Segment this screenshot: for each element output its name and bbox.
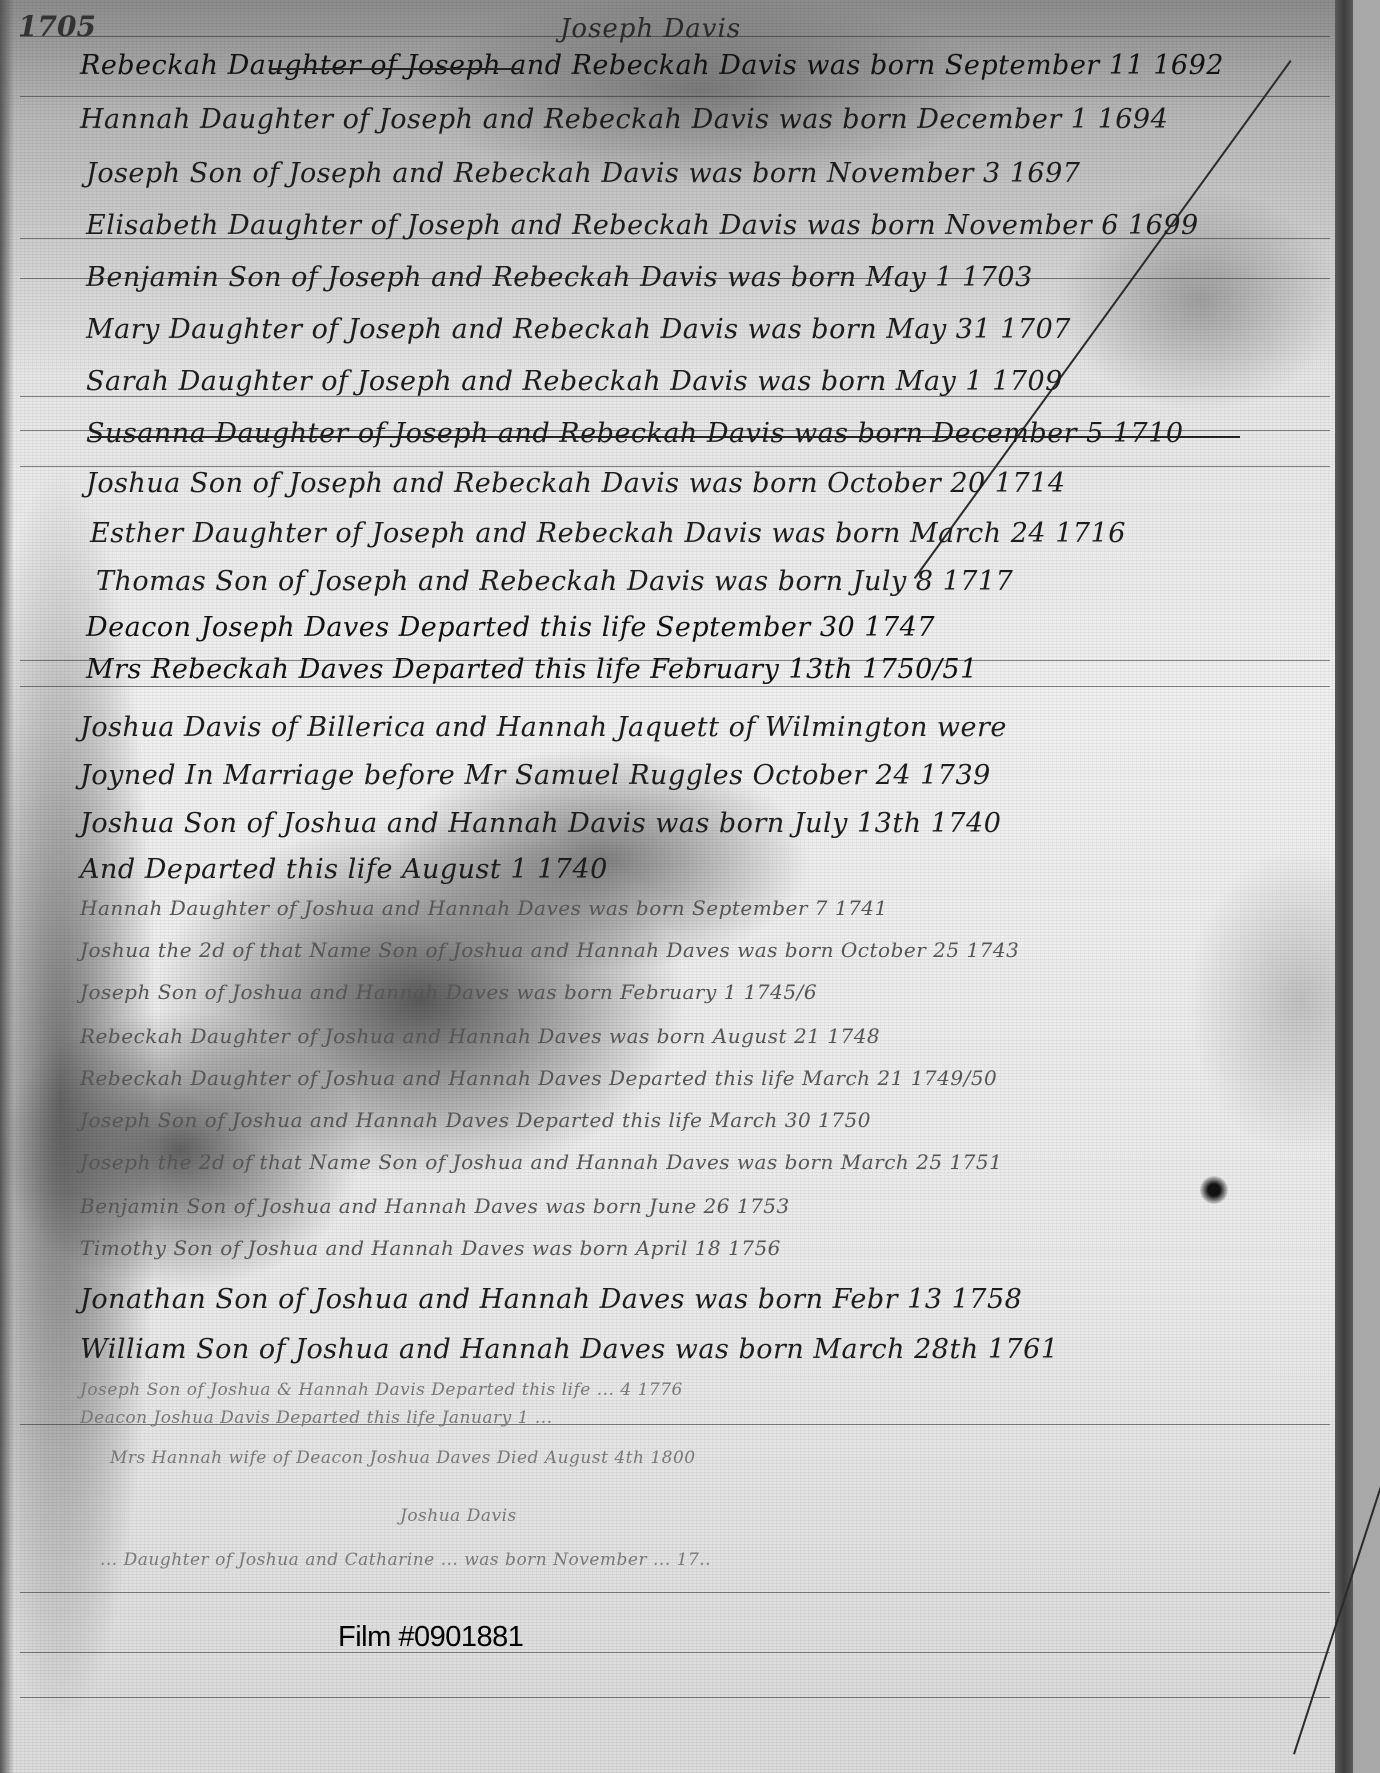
register-entry: Timothy Son of Joshua and Hannah Daves w… bbox=[80, 1236, 781, 1260]
register-entry: Benjamin Son of Joseph and Rebeckah Davi… bbox=[86, 262, 1033, 293]
register-entry: Rebeckah Daughter of Joshua and Hannah D… bbox=[80, 1024, 880, 1048]
page-binding-gutter bbox=[1335, 0, 1353, 1773]
ink-blot bbox=[1200, 1176, 1228, 1204]
register-entry: Joshua Son of Joseph and Rebeckah Davis … bbox=[86, 468, 1066, 499]
ruled-line bbox=[20, 466, 1330, 467]
register-entry: Rebeckah Daughter of Joshua and Hannah D… bbox=[80, 1066, 997, 1090]
register-entry: Joshua the 2d of that Name Son of Joshua… bbox=[80, 938, 1019, 962]
register-entry: Elisabeth Daughter of Joseph and Rebecka… bbox=[86, 210, 1199, 241]
ruled-line bbox=[20, 1697, 1330, 1698]
register-entry: Thomas Son of Joseph and Rebeckah Davis … bbox=[96, 566, 1013, 597]
page-left-edge-shadow bbox=[0, 0, 14, 1773]
register-entry: Esther Daughter of Joseph and Rebeckah D… bbox=[90, 518, 1126, 549]
ruled-line bbox=[20, 1652, 1330, 1653]
strike-through bbox=[90, 436, 1240, 438]
register-entry: Mrs Hannah wife of Deacon Joshua Daves D… bbox=[110, 1448, 696, 1468]
adjacent-page-edge bbox=[1353, 0, 1380, 1773]
register-entry: Jonathan Son of Joshua and Hannah Daves … bbox=[80, 1284, 1022, 1315]
ruled-line bbox=[20, 686, 1330, 687]
register-entry: Hannah Daughter of Joshua and Hannah Dav… bbox=[80, 896, 888, 920]
register-entry: ... Daughter of Joshua and Catharine ...… bbox=[100, 1550, 711, 1570]
strike-through bbox=[270, 68, 520, 70]
register-entry: Deacon Joshua Davis Departed this life J… bbox=[80, 1408, 553, 1428]
register-entry: Rebeckah Daughter of Joseph and Rebeckah… bbox=[80, 50, 1224, 81]
register-entry: Hannah Daughter of Joseph and Rebeckah D… bbox=[80, 104, 1168, 135]
register-entry: Mrs Rebeckah Daves Departed this life Fe… bbox=[86, 654, 978, 685]
register-entry: Benjamin Son of Joshua and Hannah Daves … bbox=[80, 1194, 790, 1218]
register-entry: Deacon Joseph Daves Departed this life S… bbox=[86, 612, 935, 643]
register-entry: Joseph Son of Joseph and Rebeckah Davis … bbox=[86, 158, 1080, 189]
register-entry: Joshua Davis bbox=[400, 1506, 517, 1526]
register-entry: Joseph the 2d of that Name Son of Joshua… bbox=[80, 1150, 1002, 1174]
register-entry: Joshua Son of Joshua and Hannah Davis wa… bbox=[80, 808, 1001, 839]
ruled-line bbox=[20, 96, 1330, 97]
register-entry: Joseph Son of Joshua and Hannah Daves wa… bbox=[80, 980, 817, 1004]
register-entry: Susanna Daughter of Joseph and Rebeckah … bbox=[86, 418, 1184, 449]
register-entry: Mary Daughter of Joseph and Rebeckah Dav… bbox=[86, 314, 1071, 345]
page-number: 1705 bbox=[18, 10, 96, 43]
ruled-line bbox=[20, 1592, 1330, 1593]
register-entry: Joshua Davis of Billerica and Hannah Jaq… bbox=[80, 712, 1007, 743]
register-entry: Joseph Son of Joshua and Hannah Daves De… bbox=[80, 1108, 871, 1132]
register-entry: Joyned In Marriage before Mr Samuel Rugg… bbox=[80, 760, 991, 791]
register-entry: Joseph Son of Joshua & Hannah Davis Depa… bbox=[80, 1380, 683, 1400]
scanned-register-page: 1705 Joseph Davis Rebeckah Daughter of J… bbox=[0, 0, 1380, 1773]
register-entry: And Departed this life August 1 1740 bbox=[80, 854, 608, 885]
register-entry: Sarah Daughter of Joseph and Rebeckah Da… bbox=[86, 366, 1063, 397]
register-heading: Joseph Davis bbox=[560, 14, 741, 44]
register-entry: William Son of Joshua and Hannah Daves w… bbox=[80, 1334, 1059, 1365]
film-number-label: Film #0901881 bbox=[338, 1621, 523, 1654]
